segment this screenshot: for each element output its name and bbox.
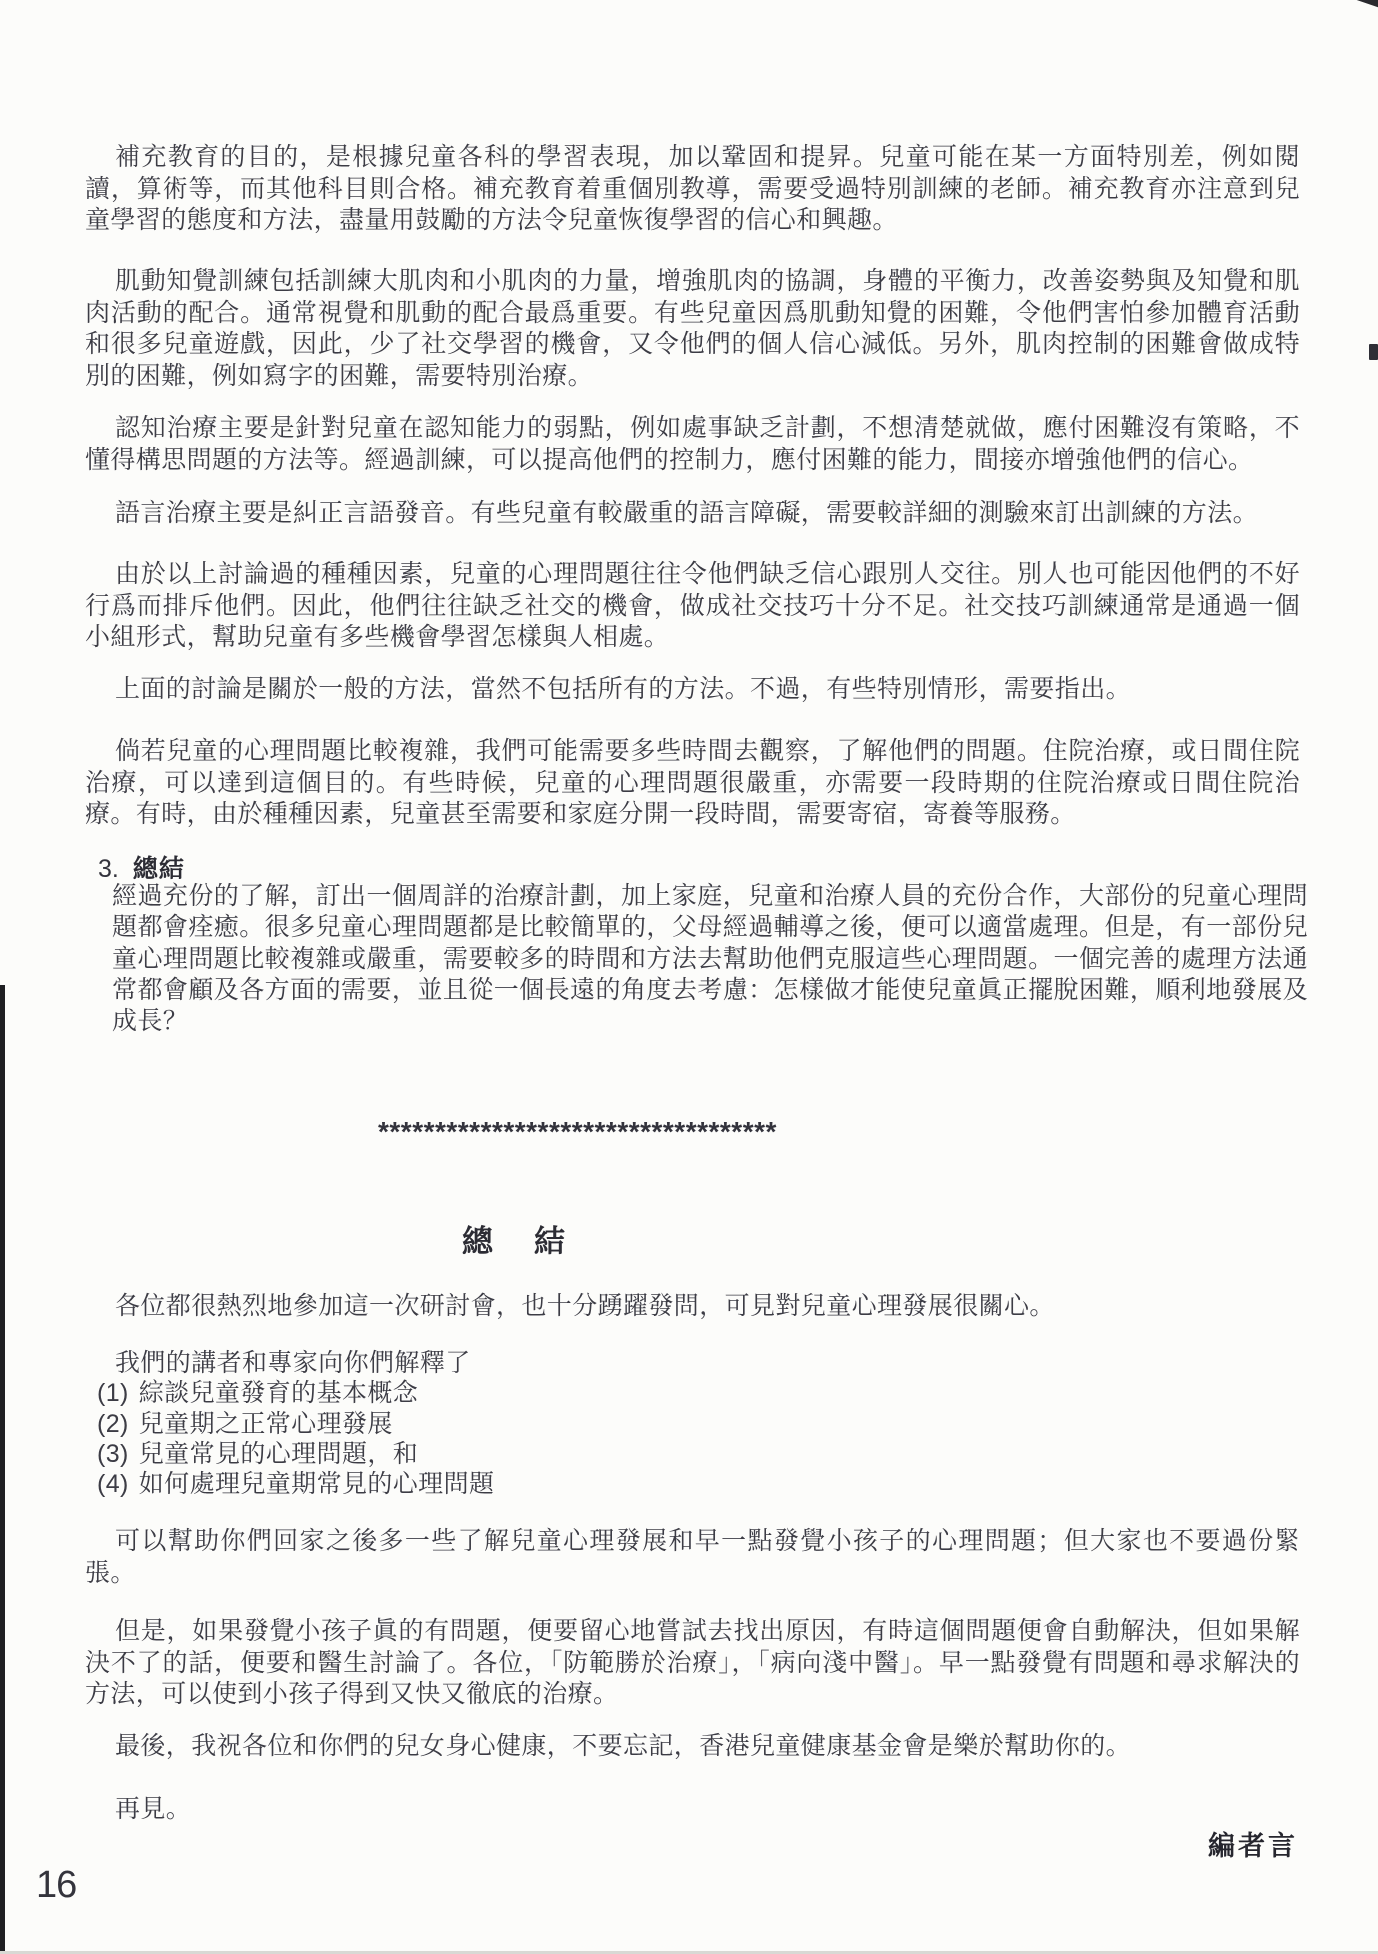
list-item-text: 兒童期之正常心理發展: [139, 1409, 393, 1439]
section-body: 經過充份的了解，訂出一個周詳的治療計劃，加上家庭，兒童和治療人員的充份合作，大部…: [112, 881, 1308, 1037]
closing-paragraph: 可以幫助你們回家之後多一些了解兒童心理發展和早一點發覺小孩子的心理問題；但大家也…: [85, 1526, 1300, 1589]
paragraph: 肌動知覺訓練包括訓練大肌肉和小肌肉的力量，增強肌肉的協調，身體的平衡力，改善姿勢…: [85, 266, 1300, 392]
list-item-number: (4): [97, 1469, 129, 1499]
editor-signoff: 編者言: [1208, 1824, 1298, 1863]
paragraph: 補充教育的目的，是根據兒童各科的學習表現，加以鞏固和提昇。兒童可能在某一方面特別…: [85, 142, 1300, 237]
list-item: (1) 綜談兒童發育的基本概念: [97, 1378, 418, 1408]
list-item-number: (2): [97, 1409, 129, 1439]
scan-edge-left: [0, 985, 5, 1954]
scan-mark-right: [1369, 344, 1378, 360]
list-item-text: 如何處理兒童期常見的心理問題: [139, 1469, 495, 1499]
list-item-number: (1): [97, 1378, 129, 1408]
list-item: (2) 兒童期之正常心理發展: [97, 1409, 393, 1439]
page-number: 16: [36, 1864, 76, 1907]
paragraph: 語言治療主要是糾正言語發音。有些兒童有較嚴重的語言障礙，需要較詳細的測驗來訂出訓…: [85, 498, 1300, 530]
separator-stars: ***********************************: [378, 1116, 777, 1148]
paragraph: 由於以上討論過的種種因素，兒童的心理問題往往令他們缺乏信心跟別人交往。別人也可能…: [85, 559, 1300, 654]
closing-paragraph: 但是，如果發覺小孩子眞的有問題，便要留心地嘗試去找出原因，有時這個問題便會自動解…: [85, 1616, 1300, 1711]
list-item-text: 綜談兒童發育的基本概念: [139, 1378, 418, 1408]
paragraph: 倘若兒童的心理問題比較複雜，我們可能需要多些時間去觀察，了解他們的問題。住院治療…: [85, 736, 1300, 831]
summary-title: 總 結: [462, 1216, 570, 1261]
paragraph: 上面的討論是關於一般的方法，當然不包括所有的方法。不過，有些特別情形，需要指出。: [85, 674, 1300, 706]
list-item: (3) 兒童常見的心理問題，和: [97, 1439, 418, 1469]
summary-lead: 我們的講者和專家向你們解釋了: [85, 1348, 1300, 1380]
summary-intro: 各位都很熱烈地參加這一次研討會，也十分踴躍發問，可見對兒童心理發展很關心。: [85, 1291, 1300, 1323]
closing-paragraph: 最後，我祝各位和你們的兒女身心健康，不要忘記，香港兒童健康基金會是樂於幫助你的。: [85, 1731, 1300, 1763]
list-item: (4) 如何處理兒童期常見的心理問題: [97, 1469, 494, 1499]
scan-mark-top-right: [1352, 0, 1378, 12]
list-item-number: (3): [97, 1439, 129, 1469]
list-item-text: 兒童常見的心理問題，和: [139, 1439, 418, 1469]
paragraph: 認知治療主要是針對兒童在認知能力的弱點，例如處事缺乏計劃，不想清楚就做，應付困難…: [85, 413, 1300, 476]
page: 補充教育的目的，是根據兒童各科的學習表現，加以鞏固和提昇。兒童可能在某一方面特別…: [0, 0, 1378, 1954]
farewell: 再見。: [85, 1794, 1300, 1826]
